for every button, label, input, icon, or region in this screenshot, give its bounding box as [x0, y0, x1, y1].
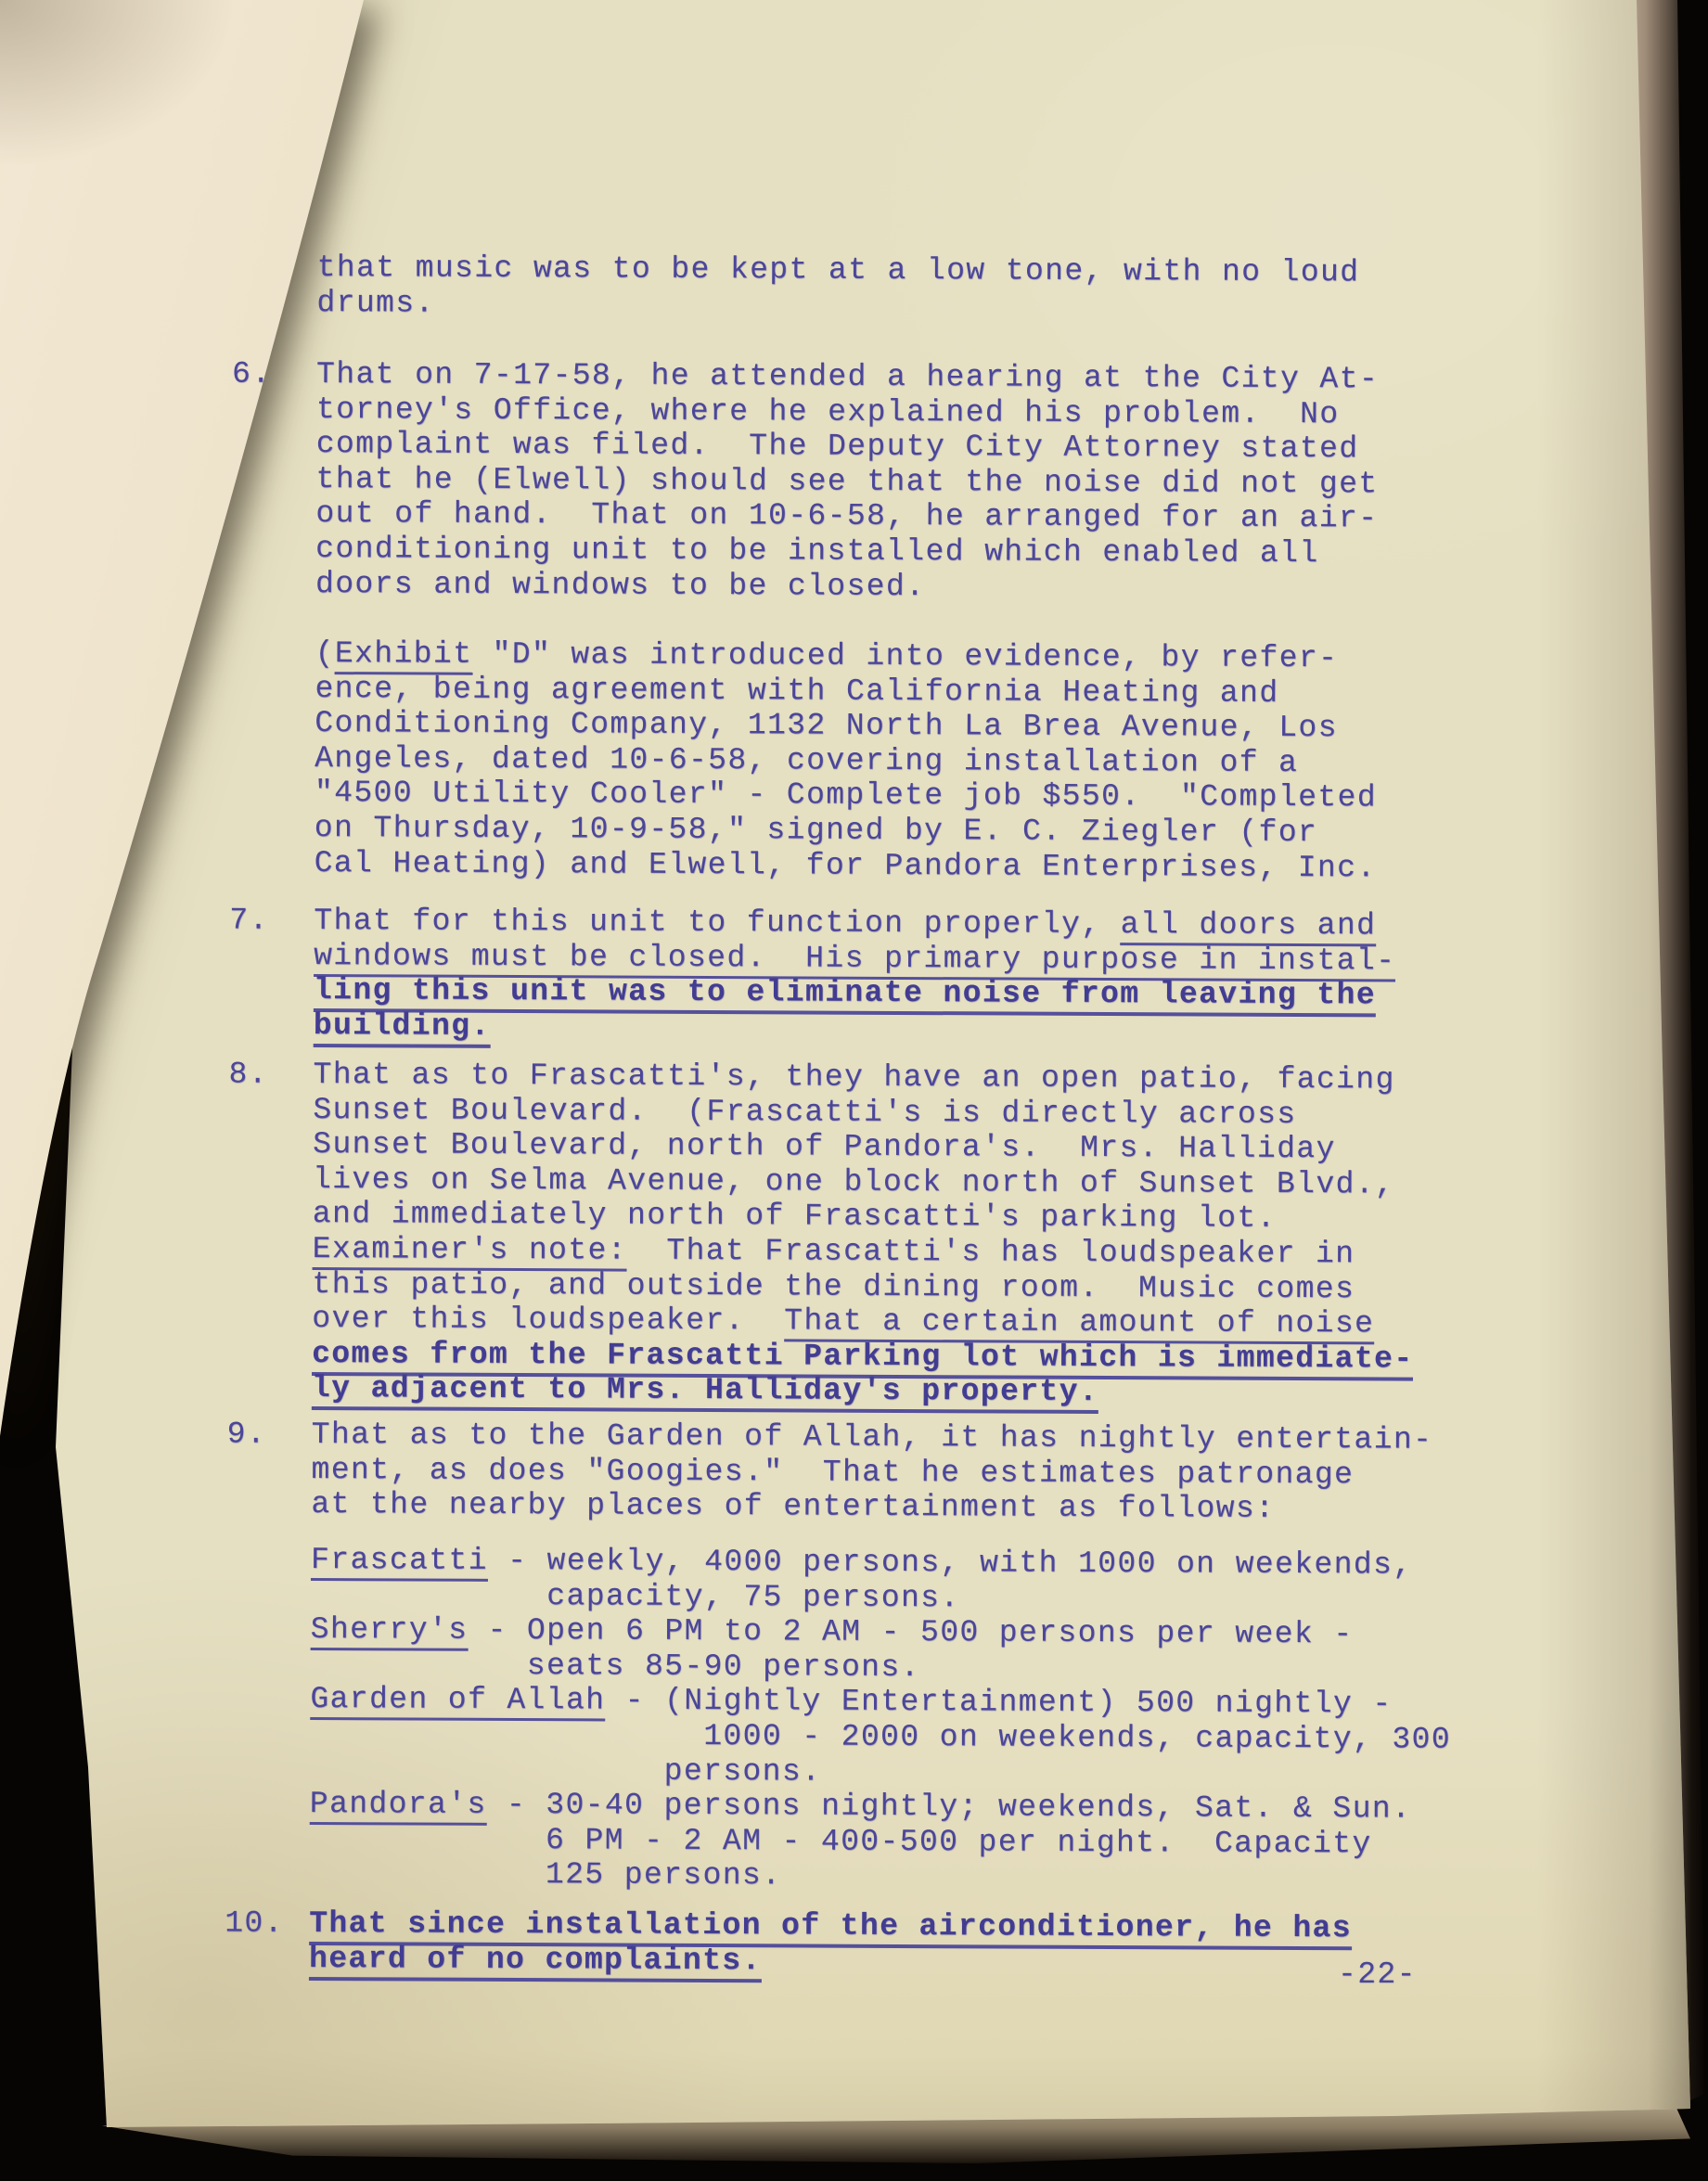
- text-line: (Exhibit "D" was introduced into evidenc…: [315, 636, 1378, 676]
- text-line: ence, being agreement with California He…: [315, 672, 1377, 712]
- text-line: Sunset Boulevard, north of Pandora's. Mr…: [313, 1127, 1415, 1167]
- item-7: 7.That for this unit to function properl…: [314, 904, 1396, 1048]
- text-line: this patio, and outside the dining room.…: [312, 1267, 1414, 1307]
- text-line: conditioning unit to be installed which …: [315, 532, 1378, 571]
- text-line: out of hand. That on 10-6-58, he arrange…: [315, 496, 1378, 536]
- text-line: that music was to be kept at a low tone,…: [317, 250, 1360, 290]
- scanned-document-photo: that music was to be kept at a low tone,…: [0, 0, 1708, 2181]
- underlined-text: Examiner's note:: [313, 1232, 627, 1272]
- item-6: 6.That on 7-17-58, he attended a hearing…: [315, 357, 1379, 607]
- text-line: comes from the Frascatti Parking lot whi…: [312, 1337, 1414, 1377]
- text-line: Angeles, dated 10-6-58, covering install…: [315, 741, 1377, 781]
- text-line: Sherry's - Open 6 PM to 2 AM - 500 perso…: [311, 1612, 1452, 1652]
- text-line: Pandora's - 30-40 persons nightly; weeke…: [310, 1787, 1451, 1827]
- text-line: persons.: [310, 1752, 1451, 1792]
- underlined-text: all doors and: [1121, 907, 1377, 946]
- text-line: "4500 Utility Cooler" - Complete job $55…: [315, 776, 1377, 815]
- text-line: That for this unit to function properly,…: [314, 904, 1395, 943]
- text-line: complaint was filed. The Deputy City Att…: [316, 427, 1379, 467]
- underlined-text: heard of no complaints.: [309, 1942, 762, 1982]
- text-line: Examiner's note: That Frascatti's has lo…: [313, 1232, 1415, 1272]
- text-line: That as to Frascatti's, they have an ope…: [313, 1058, 1415, 1097]
- text-line: doors and windows to be closed.: [315, 567, 1378, 607]
- item-9: 9.That as to the Garden of Allah, it has…: [311, 1418, 1432, 1527]
- item-10: 10.That since installation of the aircon…: [309, 1906, 1352, 1981]
- text-line: Garden of Allah - (Nightly Entertainment…: [310, 1682, 1451, 1722]
- underlined-text: ly adjacent to Mrs. Halliday's property.: [312, 1371, 1098, 1414]
- text-line: ling this unit was to eliminate noise fr…: [314, 973, 1395, 1013]
- item-number: 9.: [227, 1418, 267, 1453]
- text-line: 6 PM - 2 AM - 400-500 per night. Capacit…: [310, 1822, 1451, 1862]
- text-line: 1000 - 2000 on weekends, capacity, 300: [310, 1717, 1451, 1757]
- text-line: 125 persons.: [309, 1856, 1450, 1896]
- item-number: 10.: [225, 1906, 284, 1942]
- text-line: drums.: [316, 286, 1359, 326]
- text-line: seats 85-90 persons.: [310, 1648, 1451, 1687]
- text-line: capacity, 75 persons.: [311, 1578, 1452, 1618]
- text-line: lives on Selma Avenue, one block north o…: [313, 1162, 1415, 1202]
- item-5-continuation: that music was to be kept at a low tone,…: [316, 250, 1359, 325]
- item-number: 6.: [232, 357, 272, 392]
- underlined-text: building.: [314, 1008, 491, 1048]
- text-line: ment, as does "Googies." That he estimat…: [311, 1453, 1432, 1493]
- text-line: torney's Office, where he explained his …: [316, 392, 1379, 432]
- text-line: over this loudspeaker. That a certain am…: [312, 1302, 1414, 1341]
- text-line: Frascatti - weekly, 4000 persons, with 1…: [311, 1543, 1452, 1583]
- text-line: and immediately north of Frascatti's par…: [313, 1197, 1415, 1237]
- patronage-list: Frascatti - weekly, 4000 persons, with 1…: [309, 1543, 1452, 1897]
- underlined-text: Sherry's: [311, 1612, 469, 1651]
- text-line: on Thursday, 10-9-58," signed by E. C. Z…: [315, 811, 1377, 851]
- typed-text-layer: that music was to be kept at a low tone,…: [316, 0, 1487, 354]
- text-line: Cal Heating) and Elwell, for Pandora Ent…: [315, 846, 1377, 886]
- text-line: at the nearby places of entertainment as…: [311, 1487, 1432, 1527]
- text-line: that he (Elwell) should see that the noi…: [315, 462, 1378, 502]
- underlined-text: Garden of Allah: [310, 1682, 605, 1721]
- exhibit-d-paragraph: (Exhibit "D" was introduced into evidenc…: [315, 636, 1378, 886]
- item-8: 8.That as to Frascatti's, they have an o…: [312, 1058, 1415, 1412]
- text-line: windows must be closed. His primary purp…: [314, 939, 1395, 979]
- text-line: That on 7-17-58, he attended a hearing a…: [316, 357, 1379, 397]
- item-number: 8.: [228, 1058, 268, 1093]
- text-line: Conditioning Company, 1132 North La Brea…: [315, 706, 1377, 746]
- text-line: Sunset Boulevard. (Frascatti's is direct…: [313, 1093, 1415, 1133]
- text-line: That as to the Garden of Allah, it has n…: [312, 1418, 1433, 1457]
- page-number: -22-: [1338, 1957, 1417, 1992]
- underlined-text: Frascatti: [311, 1543, 488, 1582]
- item-number: 7.: [229, 904, 269, 939]
- text-line: That since installation of the aircondit…: [309, 1906, 1352, 1946]
- underlined-text: Pandora's: [310, 1787, 487, 1826]
- underlined-text: Exhibit: [335, 636, 473, 675]
